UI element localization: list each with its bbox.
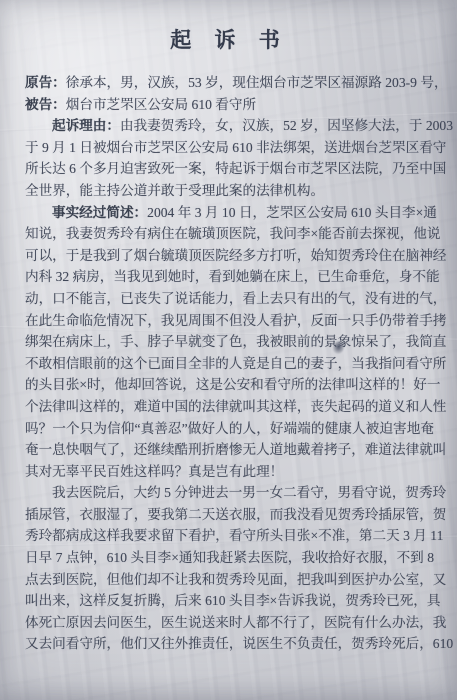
text-line: 绑架在病床上，手、脖子早就变了色，我被眼前的景象惊呆了，我简直 (25, 331, 434, 353)
defendant-label: 被告： (25, 97, 66, 112)
reason-label: 起诉理由： (52, 118, 120, 133)
text-line: 在此生命临危情况下，我见周围不但没人看护，反面一只手仍带着手拷 (25, 310, 434, 332)
text-line: 其对无辜平民百姓这样吗？真是岂有此理！ (25, 461, 434, 483)
text-line: 不敢相信眼前的这个已面目全非的人竟是自己的妻子，当我指问看守所 (25, 353, 434, 375)
text-line: 秀玲都病成这样我要求留下看护，看守所头目张×不准，第二天 3 月 11 (25, 525, 434, 547)
defendant-text: 烟台市芝罘区公安局 610 看守所 (66, 97, 256, 112)
aftermath-lead-line: 我去医院后，大约 5 分钟进去一男一女二看守，男看守说，贺秀玲 (25, 482, 434, 504)
text-line: 的头目张×时，他却回答说，这是公安和看守所的法律叫这样的！好一 (25, 374, 434, 396)
text-line: 于 9 月 1 日被烟台市芝罘区公安局 610 非法绑架，送进烟台芝罘区看守 (25, 137, 434, 159)
scanned-indictment-page: 起 诉 书 原告：徐承本，男，汉族，53 岁，现住烟台市芝罘区福源路 203-9… (0, 0, 457, 700)
plaintiff-text: 徐承本，男，汉族，53 岁，现住烟台市芝罘区福源路 203-9 号， (66, 75, 448, 90)
facts-label: 事实经过简述： (52, 205, 147, 220)
text-line: 叫出来，这样反复折腾，后来 610 头目李×告诉我说，贺秀玲已死，具 (25, 590, 434, 612)
plaintiff-label: 原告： (25, 75, 66, 90)
reason-lead-text: 由我妻贺秀玲，女，汉族，52 岁，因坚修大法，于 2003 (120, 118, 453, 133)
text-line: 体死亡原因去问医生，医生说送来时人都不行了，医院有什么办法，我 (25, 612, 434, 634)
text-line: 奄一息快咽气了，还继续酷刑折磨惨无人道地戴着拷子，难道法律就叫 (25, 439, 434, 461)
text-line: 吗？一个只为信仰“真善忍”做好人的人，好端端的健康人被迫害地奄 (25, 418, 434, 440)
text-line: 点去到医院，但他们却不让我和贺秀玲见面，把我叫到医护办公室，又 (25, 569, 434, 591)
text-line: 又去问看守所，他们又往外推责任，说医生不负责任，贺秀玲死后，610 (25, 633, 434, 655)
text-line: 插尿管，衣服湿了，要我第二天送衣服，而我没看见贺秀玲插尿管，贺 (25, 504, 434, 526)
text-line: 内科 32 病房，当我见到她时，看到她躺在床上，已生命垂危，身不能 (25, 266, 434, 288)
facts-lead-text: 2004 年 3 月 10 日，芝罘区公安局 610 头目李×通 (147, 205, 437, 220)
text-line: 日早 7 点钟，610 头目李×通知我赶紧去医院，我收拾好衣服，不到 8 (25, 547, 434, 569)
text-line: 所长达 6 个多月迫害致死一案，特起诉于烟台市芝罘区法院，乃至中国 (25, 158, 434, 180)
document-title: 起 诉 书 (25, 26, 434, 54)
text-line: 全世界，能主持公道并敢于受理此案的法律机构。 (25, 180, 434, 202)
text-line: 个法律叫这样的，难道中国的法律就叫其这样，丧失起码的道义和人性 (25, 396, 434, 418)
plaintiff-line: 原告：徐承本，男，汉族，53 岁，现住烟台市芝罘区福源路 203-9 号， (25, 72, 434, 94)
text-line: 可以，于是我到了烟台毓璜顶医院经多方打听，始知贺秀玲住在脑神经 (25, 245, 434, 267)
text-line: 动，口不能言，已丧失了说话能力，看上去只有出的气，没有进的气， (25, 288, 434, 310)
text-line: 知说，我妻贺秀玲有病住在毓璜顶医院，我问李×能否前去探视，他说 (25, 223, 434, 245)
reason-lead-line: 起诉理由：由我妻贺秀玲，女，汉族，52 岁，因坚修大法，于 2003 (25, 115, 434, 137)
facts-lead-line: 事实经过简述：2004 年 3 月 10 日，芝罘区公安局 610 头目李×通 (25, 202, 434, 224)
defendant-line: 被告：烟台市芝罘区公安局 610 看守所 (25, 94, 434, 116)
